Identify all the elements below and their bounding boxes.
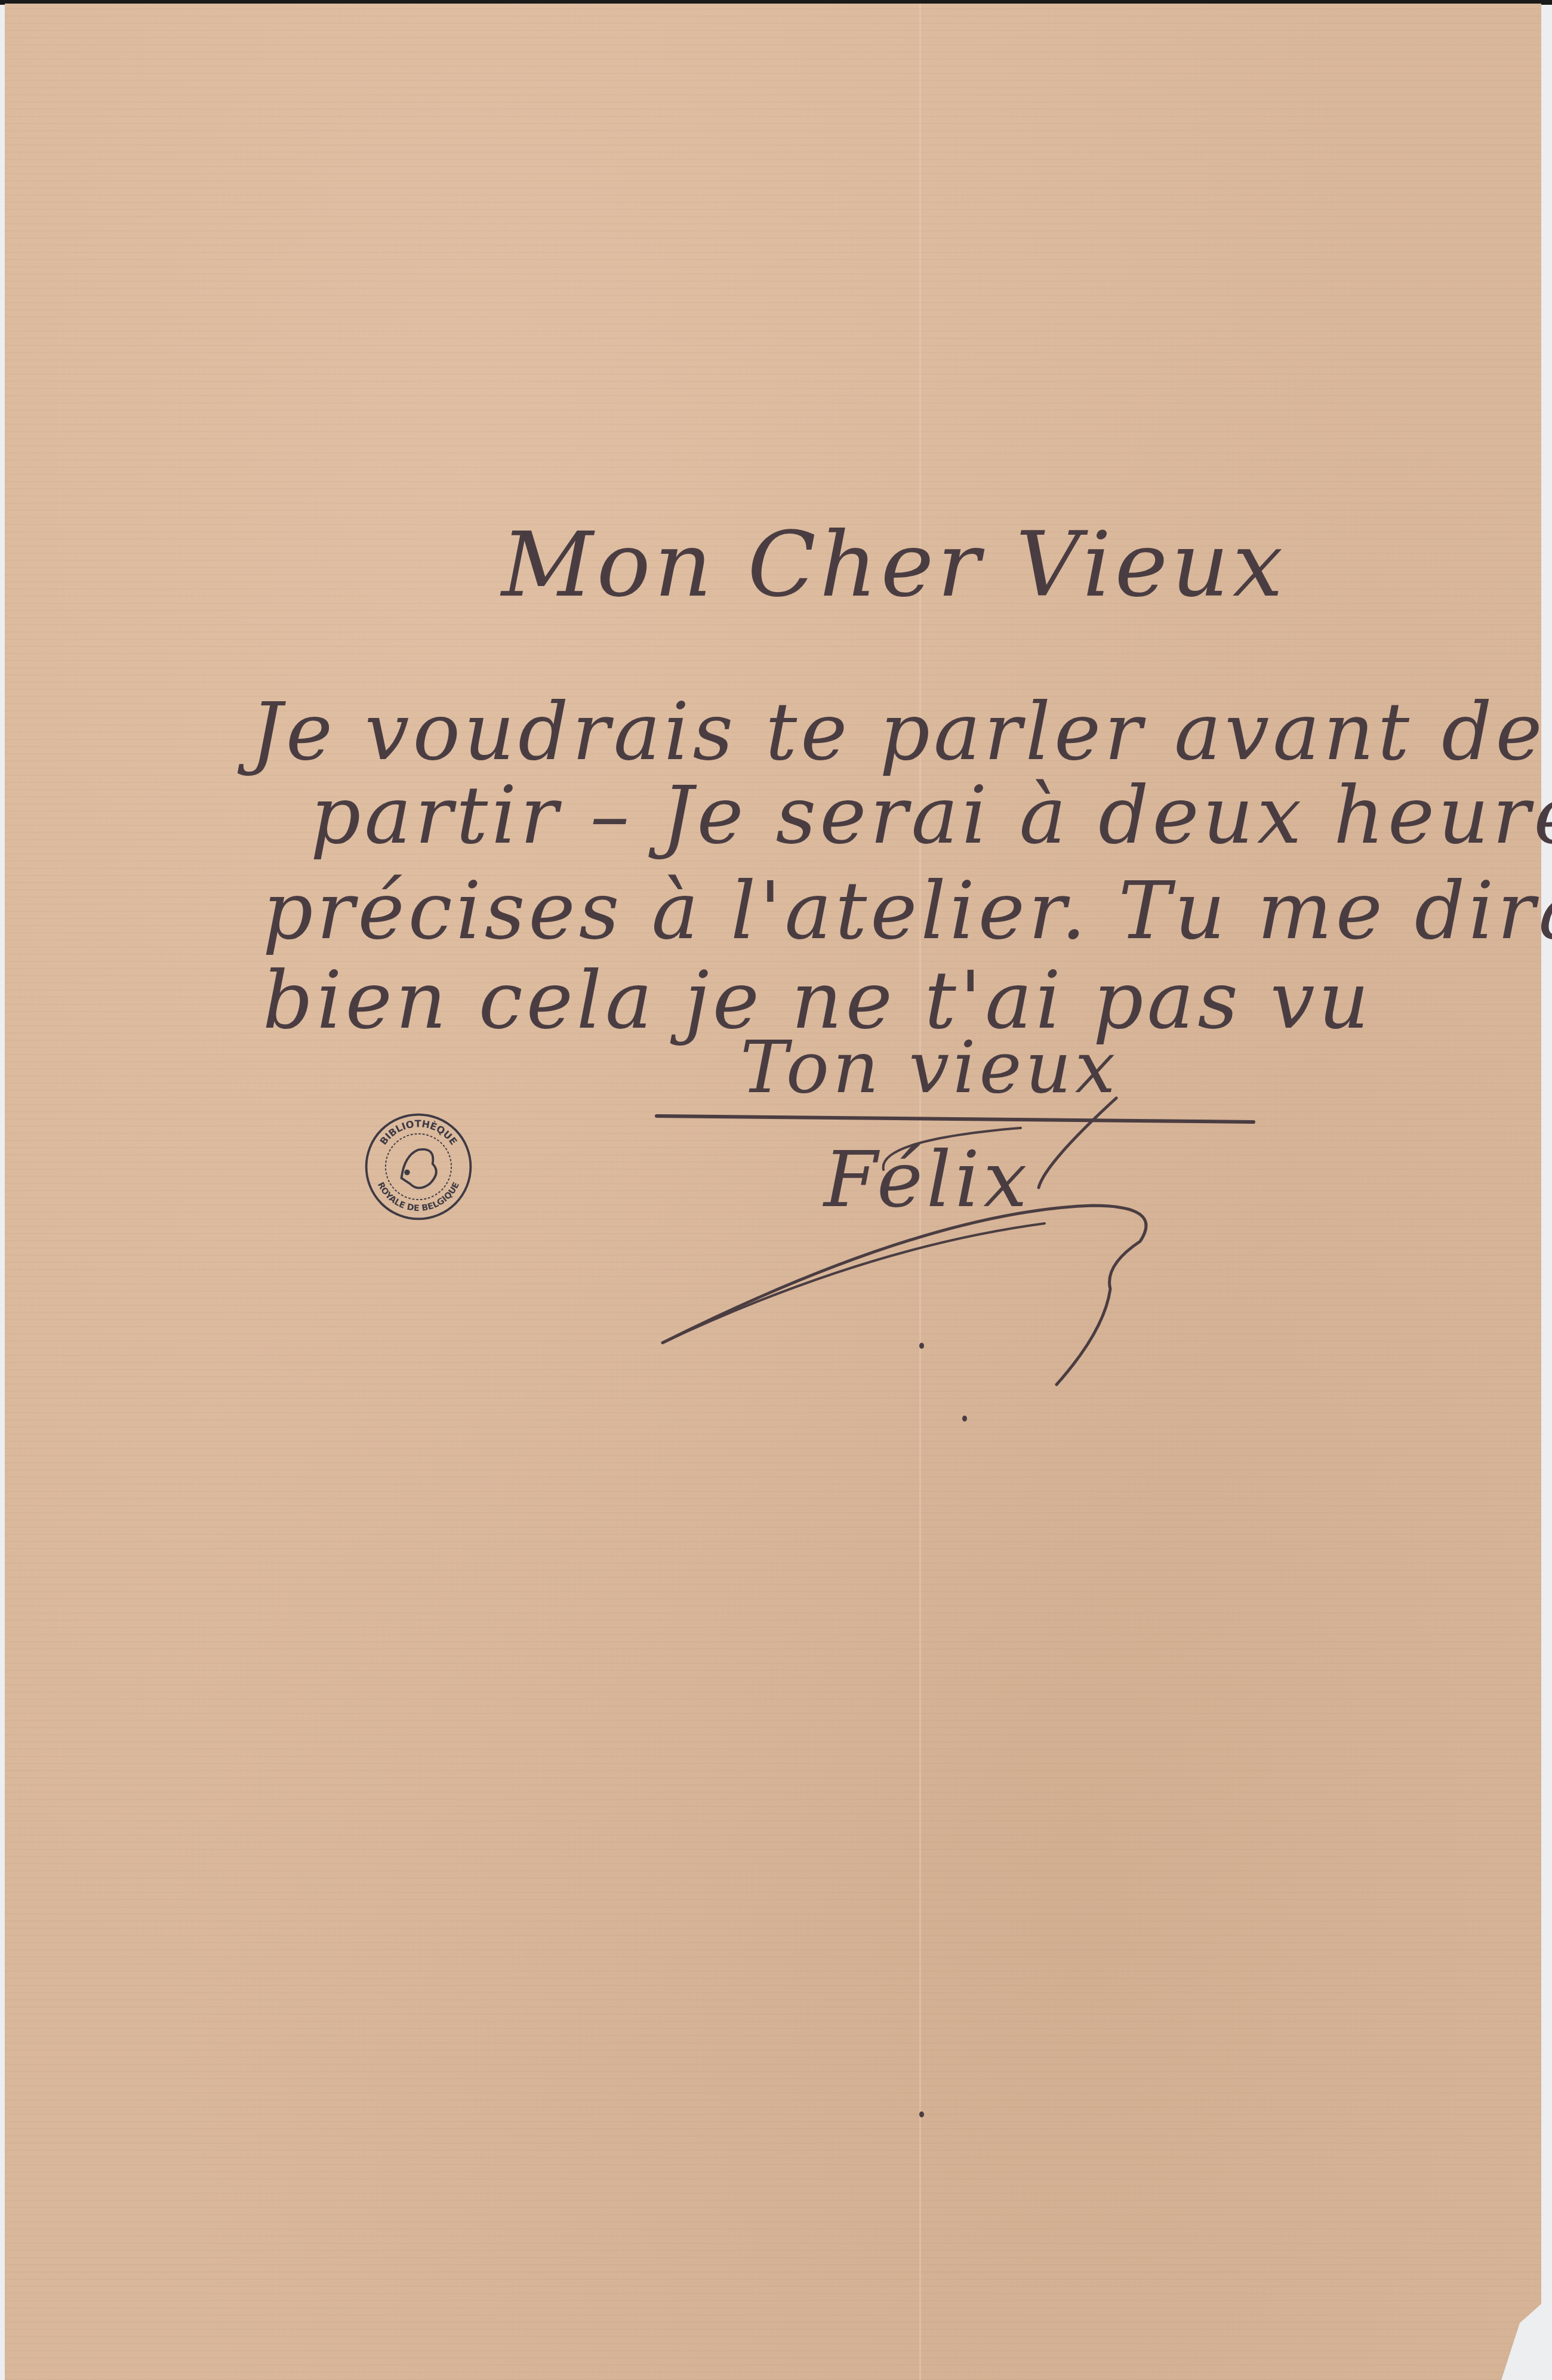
letter-body-line: partir – Je serai à deux heures xyxy=(310,770,1552,862)
letter-signature: Félix xyxy=(824,1134,1031,1225)
ink-spot xyxy=(919,2111,924,2117)
library-stamp-icon: BIBLIOTHÈQUE ROYALE DE BELGIQUE xyxy=(362,1110,475,1223)
letter-body-line: précises à l'atelier. Tu me diras xyxy=(263,865,1552,957)
ink-spot xyxy=(962,1416,967,1422)
ink-spot xyxy=(919,1343,924,1349)
letter-salutation: Mon Cher Vieux xyxy=(501,513,1286,617)
letter-body-line: Je voudrais te parler avant de xyxy=(251,686,1546,778)
